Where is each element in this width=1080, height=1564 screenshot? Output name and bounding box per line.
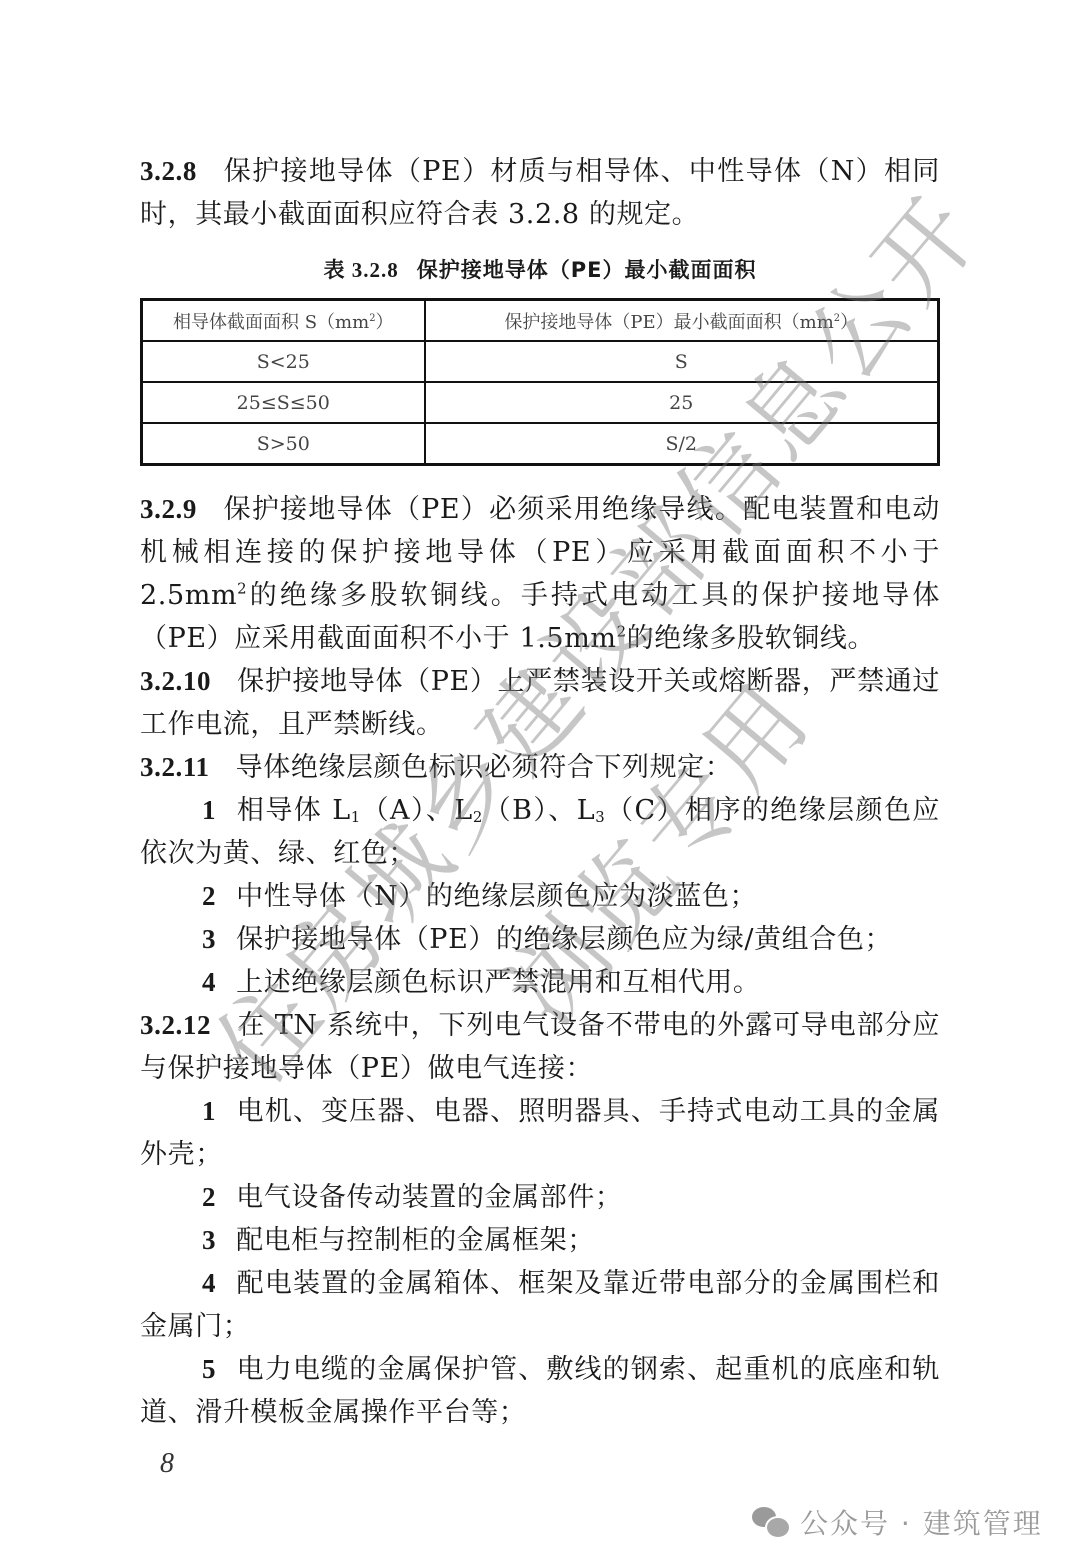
clause-number: 3.2.8 (140, 156, 197, 186)
table-row: S>50 S/2 (142, 423, 939, 465)
list-item: 1电机、变压器、电器、照明器具、手持式电动工具的金属外壳； (140, 1090, 940, 1176)
table-header-cell: 相导体截面面积 S（mm2） (142, 300, 425, 342)
clause-text: 在 TN 系统中，下列电气设备不带电的外露可导电部分应与保护接地导体（PE）做电… (140, 1010, 940, 1084)
list-item: 4上述绝缘层颜色标识严禁混用和互相代用。 (140, 961, 940, 1004)
clause-3-2-12: 3.2.12在 TN 系统中，下列电气设备不带电的外露可导电部分应与保护接地导体… (140, 1004, 940, 1090)
table-header-row: 相导体截面面积 S（mm2） 保护接地导体（PE）最小截面面积（mm2） (142, 300, 939, 342)
clause-text: 保护接地导体（PE）材质与相导体、中性导体（N）相同时，其最小截面面积应符合表 … (140, 156, 940, 230)
clause-text: 保护接地导体（PE）上严禁装设开关或熔断器，严禁通过工作电流，且严禁断线。 (140, 666, 940, 740)
clause-text: 导体绝缘层颜色标识必须符合下列规定： (236, 752, 733, 783)
table-row: 25≤S≤50 25 (142, 382, 939, 423)
clause-3-2-9: 3.2.9保护接地导体（PE）必须采用绝缘导线。配电装置和电动机械相连接的保护接… (140, 488, 940, 660)
table-cell: S>50 (142, 423, 425, 465)
clause-number: 3.2.10 (140, 666, 211, 696)
table-caption-title: 保护接地导体（PE）最小截面面积 (417, 258, 757, 282)
wechat-account-footer[interactable]: 公众号 · 建筑管理 (752, 1502, 1043, 1542)
table-cell: 25≤S≤50 (142, 382, 425, 423)
clause-number: 3.2.11 (140, 752, 210, 782)
list-item: 2中性导体（N）的绝缘层颜色应为淡蓝色； (140, 875, 940, 918)
list-item: 4配电装置的金属箱体、框架及靠近带电部分的金属围栏和金属门； (140, 1262, 940, 1348)
clause-3-2-8: 3.2.8保护接地导体（PE）材质与相导体、中性导体（N）相同时，其最小截面面积… (140, 150, 940, 236)
table-cell: S (425, 341, 939, 382)
table-row: S<25 S (142, 341, 939, 382)
table-cell: 25 (425, 382, 939, 423)
pe-min-section-table: 相导体截面面积 S（mm2） 保护接地导体（PE）最小截面面积（mm2） S<2… (140, 298, 940, 466)
wechat-icon (752, 1505, 792, 1539)
list-item: 5电力电缆的金属保护管、敷线的钢索、起重机的底座和轨道、滑升模板金属操作平台等； (140, 1348, 940, 1434)
list-item: 3配电柜与控制柜的金属框架； (140, 1219, 940, 1262)
clause-number: 3.2.12 (140, 1010, 211, 1040)
table-header-cell: 保护接地导体（PE）最小截面面积（mm2） (425, 300, 939, 342)
list-item: 3保护接地导体（PE）的绝缘层颜色应为绿/黄组合色； (140, 918, 940, 961)
document-page: 3.2.8保护接地导体（PE）材质与相导体、中性导体（N）相同时，其最小截面面积… (140, 150, 940, 1434)
clause-number: 3.2.9 (140, 494, 197, 524)
table-cell: S<25 (142, 341, 425, 382)
clause-3-2-11: 3.2.11导体绝缘层颜色标识必须符合下列规定： (140, 746, 940, 789)
list-item: 2电气设备传动装置的金属部件； (140, 1176, 940, 1219)
wechat-account-label: 公众号 · 建筑管理 (800, 1502, 1043, 1542)
list-item: 1相导体 L1（A）、L2（B）、L3（C）相序的绝缘层颜色应依次为黄、绿、红色… (140, 789, 940, 875)
clause-3-2-10: 3.2.10保护接地导体（PE）上严禁装设开关或熔断器，严禁通过工作电流，且严禁… (140, 660, 940, 746)
table-caption-number: 表 3.2.8 (324, 258, 399, 282)
page-number: 8 (160, 1448, 174, 1480)
table-caption: 表 3.2.8保护接地导体（PE）最小截面面积 (140, 254, 940, 284)
table-cell: S/2 (425, 423, 939, 465)
